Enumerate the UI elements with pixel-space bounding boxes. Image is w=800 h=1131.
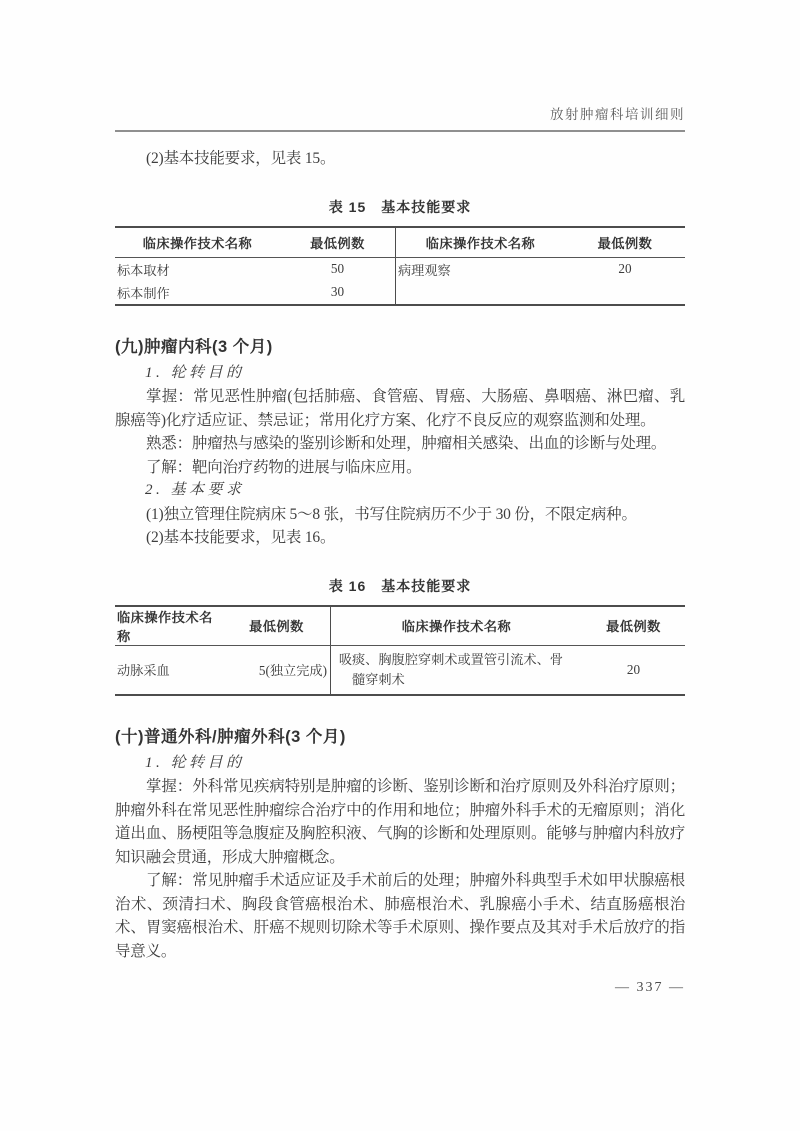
column-header: 临床操作技术名称 [115,228,280,257]
page-number: — 337 — [115,980,685,996]
column-header: 临床操作技术名称 [115,607,223,645]
column-header: 临床操作技术名称 [330,607,582,645]
section-9-paragraph-familiar: 熟悉：肿瘤热与感染的鉴别诊断和处理，肿瘤相关感染、出血的诊断与处理。 [115,432,685,456]
table-cell: 标本制作 [115,281,280,304]
column-header: 临床操作技术名称 [395,228,565,257]
section-10-title: (十)普通外科/肿瘤外科(3 个月) [115,723,685,747]
column-header: 最低例数 [223,607,330,645]
section-9-requirement-2: (2)基本技能要求，见表 16。 [115,526,685,550]
section-10-paragraph-master: 掌握：外科常见疾病特别是肿瘤的诊断、鉴别诊断和治疗原则及外科治疗原则；肿瘤外科在… [115,775,685,869]
running-header: 放射肿瘤科培训细则 [115,103,685,123]
table-cell [565,281,685,304]
table-cell: 30 [280,281,395,304]
table-row: 标本制作 30 [115,281,685,304]
section-9-subheading-2: 2. 基本要求 [115,479,685,503]
section-9-paragraph-master: 掌握：常见恶性肿瘤(包括肺癌、食管癌、胃癌、大肠癌、鼻咽癌、淋巴瘤、乳腺癌等)化… [115,385,685,432]
section-9-subheading-1: 1. 轮转目的 [115,362,685,386]
table-cell: 20 [565,258,685,281]
table-cell: 吸痰、胸腹腔穿刺术或置管引流术、骨髓穿刺术 [330,646,582,694]
column-header: 最低例数 [582,607,685,645]
table-cell: 5(独立完成) [223,646,330,694]
intro-paragraph: (2)基本技能要求，见表 15。 [115,147,685,171]
table-cell: 病理观察 [395,258,565,281]
column-header: 最低例数 [565,228,685,257]
table-cell: 标本取材 [115,258,280,281]
table-cell [395,281,565,304]
document-page: 放射肿瘤科培训细则 (2)基本技能要求，见表 15。 表 15 基本技能要求 临… [0,0,800,1131]
section-10-subheading-1: 1. 轮转目的 [115,752,685,776]
section-9-paragraph-understand: 了解：靶向治疗药物的进展与临床应用。 [115,456,685,480]
table16-header-row: 临床操作技术名称 最低例数 临床操作技术名称 最低例数 [115,607,685,646]
table15-title: 表 15 基本技能要求 [115,197,685,217]
table-row: 动脉采血 5(独立完成) 吸痰、胸腹腔穿刺术或置管引流术、骨髓穿刺术 20 [115,646,685,694]
table16-title: 表 16 基本技能要求 [115,576,685,596]
column-header: 最低例数 [280,228,395,257]
table-cell: 20 [582,646,685,694]
table-15: 临床操作技术名称 最低例数 临床操作技术名称 最低例数 标本取材 50 病理观察… [115,226,685,306]
section-9-title: (九)肿瘤内科(3 个月) [115,333,685,357]
header-rule [115,130,685,132]
table-16: 临床操作技术名称 最低例数 临床操作技术名称 最低例数 动脉采血 5(独立完成)… [115,605,685,696]
page-content: 放射肿瘤科培训细则 (2)基本技能要求，见表 15。 表 15 基本技能要求 临… [115,103,685,963]
table-cell: 50 [280,258,395,281]
table-cell: 动脉采血 [115,646,223,694]
table-row: 标本取材 50 病理观察 20 [115,258,685,281]
section-10-paragraph-understand: 了解：常见肿瘤手术适应证及手术前后的处理；肿瘤外科典型手术如甲状腺癌根治术、颈清… [115,869,685,963]
table15-header-row: 临床操作技术名称 最低例数 临床操作技术名称 最低例数 [115,228,685,258]
section-9-requirement-1: (1)独立管理住院病床 5～8 张，书写住院病历不少于 30 份，不限定病种。 [115,503,685,527]
